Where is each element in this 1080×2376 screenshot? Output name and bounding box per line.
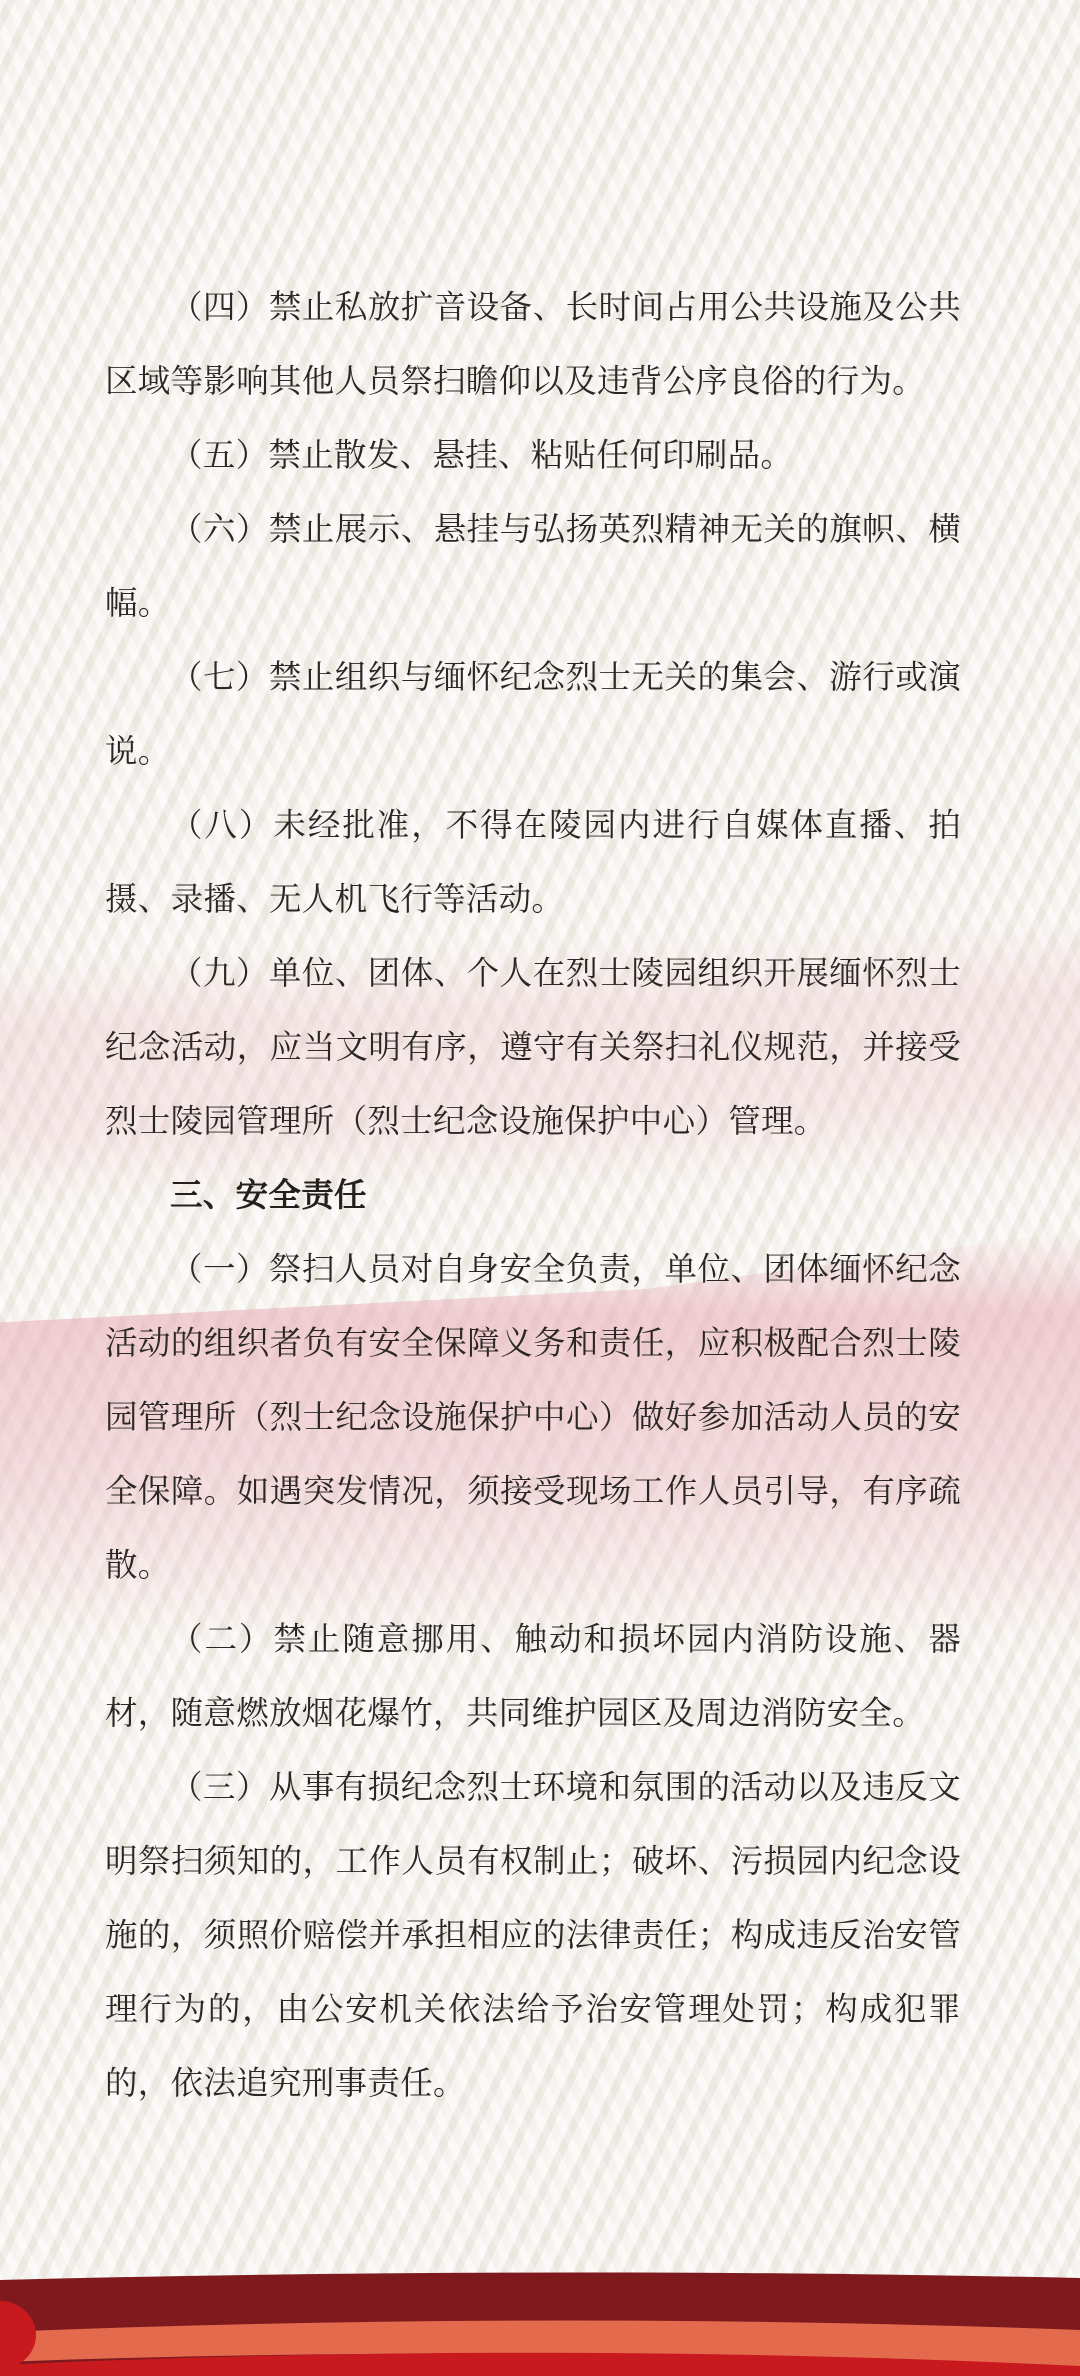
paragraph-item-4: （四）禁止私放扩音设备、长时间占用公共设施及公共区域等影响其他人员祭扫瞻仰以及违… (105, 270, 961, 418)
section-heading-safety: 三、安全责任 (105, 1158, 961, 1232)
paragraph-item-8: （八）未经批准，不得在陵园内进行自媒体直播、拍摄、录播、无人机飞行等活动。 (105, 788, 961, 936)
paragraph-safety-1: （一）祭扫人员对自身安全负责，单位、团体缅怀纪念活动的组织者负有安全保障义务和责… (105, 1232, 961, 1602)
paragraph-safety-3: （三）从事有损纪念烈士环境和氛围的活动以及违反文明祭扫须知的，工作人员有权制止；… (105, 1750, 961, 2120)
paragraph-item-9: （九）单位、团体、个人在烈士陵园组织开展缅怀烈士纪念活动，应当文明有序，遵守有关… (105, 936, 961, 1158)
paragraph-item-5: （五）禁止散发、悬挂、粘贴任何印刷品。 (105, 418, 961, 492)
paragraph-item-7: （七）禁止组织与缅怀纪念烈士无关的集会、游行或演说。 (105, 640, 961, 788)
paragraph-safety-2: （二）禁止随意挪用、触动和损坏园内消防设施、器材，随意燃放烟花爆竹，共同维护园区… (105, 1602, 961, 1750)
document-body: （四）禁止私放扩音设备、长时间占用公共设施及公共区域等影响其他人员祭扫瞻仰以及违… (105, 270, 961, 2120)
decorative-red-ribbon-footer (0, 2270, 1080, 2376)
paragraph-item-6: （六）禁止展示、悬挂与弘扬英烈精神无关的旗帜、横幅。 (105, 492, 961, 640)
